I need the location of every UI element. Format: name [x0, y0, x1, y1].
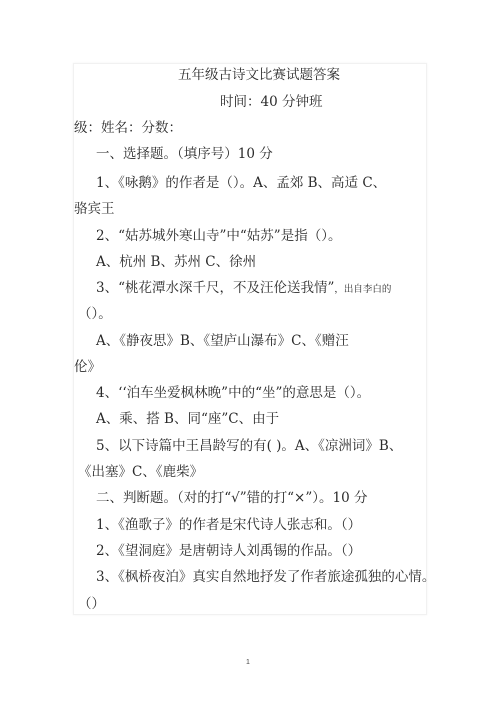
- question-3-options-line1: A、《静夜思》B、《望庐山瀑布》C、《赠汪: [96, 333, 349, 349]
- question-5-line2: 《出塞》C、《鹿柴》: [78, 464, 203, 480]
- question-3-line1: 3、“桃花潭水深千尺，不及汪伦送我情”，出自李白的: [96, 280, 391, 298]
- document-title: 五年级古诗文比赛试题答案: [178, 67, 340, 83]
- question-3-quote: 3、“桃花潭水深千尺，不及汪伦送我情”: [96, 280, 334, 296]
- question-2-options: A、杭州 B、苏州 C、徐州: [96, 254, 256, 270]
- time-line: 时间：40 分钟班: [220, 94, 322, 110]
- judgement-2: 2、《望洞庭》是唐朝诗人刘禹锡的作品。（）: [96, 543, 361, 559]
- page-number: 1: [246, 659, 250, 666]
- question-1-line1: 1、《咏鹅》的作者是（）。A、孟郊 B、高适 C、: [96, 175, 386, 191]
- section2-heading: 二、判断题。（对的打“√”错的打“×”）。10 分: [96, 490, 368, 506]
- question-1-line2: 骆宾王: [74, 201, 115, 217]
- section1-heading: 一、选择题。（填序号）10 分: [96, 146, 273, 162]
- question-4-options: A、乘、搭 B、同“座”C、由于: [96, 411, 279, 427]
- question-2-line1: 2、“姑苏城外寒山寺”中“姑苏”是指（）。: [96, 228, 341, 244]
- student-info-line: 级：姓名：分数：: [74, 120, 182, 136]
- question-3-line2: （）。: [78, 306, 112, 322]
- question-5-line1: 5、以下诗篇中王昌龄写的有( )。A、《凉洲词》B、: [96, 438, 402, 454]
- judgement-3-line1: 3、《枫桥夜泊》真实自然地抒发了作者旅途孤独的心情。: [96, 569, 435, 585]
- question-3-options-line2: 伦》: [74, 359, 101, 375]
- question-4-line1: 4、‘‘泊车坐爱枫林晚”中的“坐”的意思是（）。: [96, 385, 370, 401]
- judgement-1: 1、《渔歌子》的作者是宋代诗人张志和。（）: [96, 517, 361, 533]
- judgement-3-line2: （）: [78, 596, 105, 612]
- question-3-source: ，出自李白的: [334, 284, 391, 295]
